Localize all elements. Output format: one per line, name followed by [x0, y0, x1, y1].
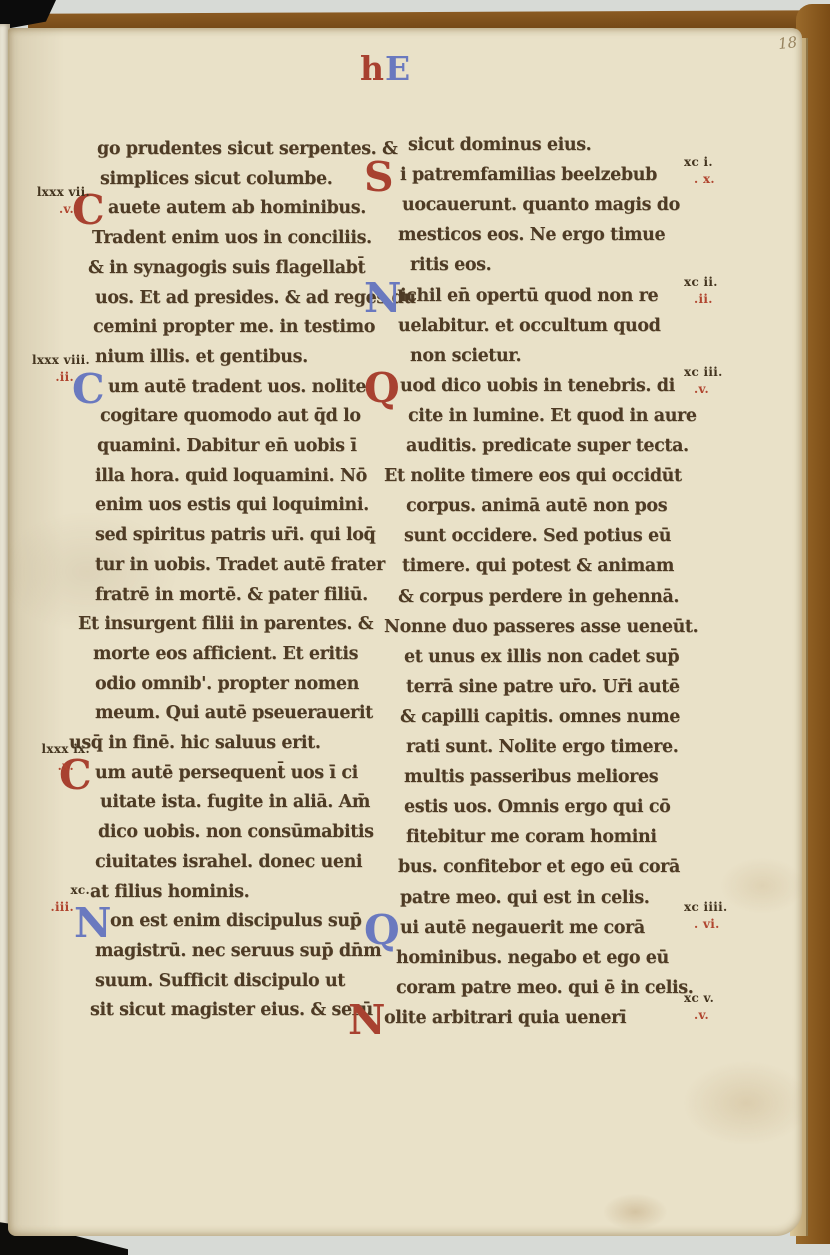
section-number: lxxx viii.: [32, 354, 90, 366]
manuscript-text-line: timere. qui potest & animam: [402, 556, 674, 576]
illuminated-initial: N: [364, 278, 401, 319]
manuscript-text-line: rati sunt. Nolite ergo timere.: [406, 737, 678, 757]
line-text: ciuitates israhel. donec ueni: [95, 852, 362, 872]
line-text: uelabitur. et occultum quod: [398, 316, 660, 336]
section-number: xc i.: [684, 156, 713, 168]
line-text: corpus. animā autē non pos: [406, 496, 667, 516]
line-text: uod dico uobis in tenebris. di: [400, 376, 675, 396]
line-text: fratrē in mortē. & pater filiū.: [95, 585, 368, 605]
section-number: xc iii.: [684, 366, 723, 378]
illuminated-initial: S: [364, 157, 393, 198]
manuscript-text-line: & in synagogis suis flagellabt̄: [88, 258, 365, 278]
line-text: odio omnib'. propter nomen: [95, 674, 359, 694]
manuscript-text-line: uelabitur. et occultum quod: [398, 316, 660, 336]
line-text: sicut dominus eius.: [408, 135, 591, 155]
line-text: Et insurgent filii in parentes. &: [78, 614, 373, 634]
manuscript-text-line: ritis eos.: [410, 255, 491, 275]
manuscript-text-line: Qui autē negauerit me corā: [400, 918, 645, 938]
manuscript-text-line: corpus. animā autē non pos: [406, 496, 667, 516]
manuscript-text-line: Tradent enim uos in conciliis.: [92, 228, 372, 248]
running-title-letter-h: h: [360, 49, 385, 88]
manuscript-text-line: multis passeribus meliores: [404, 767, 658, 787]
section-number: lxxx ix.: [42, 743, 91, 755]
manuscript-text-line: Cum autē tradent uos. nolite: [108, 377, 366, 397]
manuscript-text-line: fratrē in mortē. & pater filiū.: [95, 585, 368, 605]
section-number: xc iiii.: [684, 901, 727, 913]
line-text: patre meo. qui est in celis.: [400, 888, 649, 908]
manuscript-text-line: uitate ista. fugite in aliā. Am̄: [100, 792, 370, 812]
running-title: hE: [360, 52, 411, 85]
line-text: usq̄ in finē. hic saluus erit.: [69, 733, 321, 753]
manuscript-photo: 18 hE go prudentes sicut serpentes. &sim…: [0, 0, 830, 1255]
line-text: nium illis. et gentibus.: [95, 347, 308, 367]
manuscript-text-line: cite in lumine. Et quod in aure: [408, 406, 697, 426]
line-text: go prudentes sicut serpentes. &: [97, 139, 397, 159]
manuscript-text-line: quamini. Dabitur en̄ uobis ī: [97, 436, 357, 456]
line-text: tur in uobis. Tradet autē frater: [95, 555, 385, 575]
margin-note: xc v..v.: [684, 992, 762, 1021]
line-text: non scietur.: [410, 346, 521, 366]
manuscript-text-line: non scietur.: [410, 346, 521, 366]
line-text: meum. Qui autē pseuerauerit: [95, 703, 373, 723]
margin-note: xc..iii.: [16, 884, 90, 913]
line-text: timere. qui potest & animam: [402, 556, 674, 576]
line-text: auete autem ab hominibus.: [108, 198, 366, 218]
line-text: terrā sine patre ur̄o. Ur̄i autē: [406, 677, 680, 697]
line-text: suum. Sufficit discipulo ut: [95, 971, 345, 991]
line-text: quamini. Dabitur en̄ uobis ī: [97, 436, 357, 456]
folio-number: 18: [777, 33, 798, 53]
line-text: mesticos eos. Ne ergo timue: [398, 225, 665, 245]
manuscript-text-line: patre meo. qui est in celis.: [400, 888, 649, 908]
canon-number: . x.: [684, 173, 715, 185]
manuscript-text-line: Nolite arbitrari quia uenerī: [384, 1008, 626, 1028]
line-text: cogitare quomodo aut q̄d lo: [100, 406, 361, 426]
manuscript-text-line: Non est enim discipulus sup̄: [110, 911, 362, 931]
line-text: morte eos afficient. Et eritis: [93, 644, 358, 664]
manuscript-text-line: enim uos estis qui loquimini.: [95, 495, 369, 515]
manuscript-text-line: suum. Sufficit discipulo ut: [95, 971, 345, 991]
illuminated-initial: Q: [364, 368, 399, 409]
line-text: coram patre meo. qui ē in celis.: [396, 978, 693, 998]
canon-number: . vi.: [684, 918, 720, 930]
manuscript-text-line: cogitare quomodo aut q̄d lo: [100, 406, 361, 426]
manuscript-text-line: mesticos eos. Ne ergo timue: [398, 225, 665, 245]
margin-note: lxxx viii..ii.: [16, 354, 90, 383]
line-text: cite in lumine. Et quod in aure: [408, 406, 697, 426]
manuscript-text-line: cemini propter me. in testimo: [93, 317, 375, 337]
manuscript-text-line: bus. confitebor et ego eū corā: [398, 857, 680, 877]
illuminated-initial: N: [348, 1000, 385, 1041]
margin-note: xc i.. x.: [684, 156, 762, 185]
canon-number: .v.: [684, 383, 709, 395]
margin-note: xc ii..ii.: [684, 276, 762, 305]
manuscript-text-line: Et insurgent filii in parentes. &: [78, 614, 373, 634]
manuscript-text-line: Cauete autem ab hominibus.: [108, 198, 366, 218]
line-text: et unus ex illis non cadet sup̄: [404, 647, 679, 667]
canon-number: .ii.: [55, 371, 90, 383]
manuscript-text-line: Quod dico uobis in tenebris. di: [400, 376, 675, 396]
manuscript-text-line: estis uos. Omnis ergo qui cō: [404, 797, 670, 817]
margin-note: lxxx ix..x.: [16, 743, 90, 772]
section-number: xc v.: [684, 992, 714, 1004]
margin-note: lxxx vii..v.: [16, 186, 90, 215]
canon-number: .x.: [58, 760, 90, 772]
line-text: simplices sicut columbe.: [100, 169, 332, 189]
text-layer: 18 hE go prudentes sicut serpentes. &sim…: [0, 0, 830, 1255]
line-text: enim uos estis qui loquimini.: [95, 495, 369, 515]
manuscript-text-line: coram patre meo. qui ē in celis.: [396, 978, 693, 998]
line-text: um autē tradent uos. nolite: [108, 377, 366, 397]
manuscript-text-line: morte eos afficient. Et eritis: [93, 644, 358, 664]
manuscript-text-line: simplices sicut columbe.: [100, 169, 332, 189]
line-text: ritis eos.: [410, 255, 491, 275]
canon-number: .ii.: [684, 293, 713, 305]
line-text: bus. confitebor et ego eū corā: [398, 857, 680, 877]
line-text: cemini propter me. in testimo: [93, 317, 375, 337]
line-text: magistrū. nec seruus sup̄ dn̄m: [95, 941, 381, 961]
line-text: & corpus perdere in gehennā.: [398, 587, 679, 607]
manuscript-text-line: Et nolite timere eos qui occidūt: [384, 466, 682, 486]
margin-note: xc iiii.. vi.: [684, 901, 762, 930]
manuscript-text-line: & corpus perdere in gehennā.: [398, 587, 679, 607]
line-text: at filius hominis.: [90, 882, 249, 902]
manuscript-text-line: go prudentes sicut serpentes. &: [97, 139, 397, 159]
manuscript-text-line: auditis. predicate super tecta.: [406, 436, 689, 456]
manuscript-text-line: illa hora. quid loquamini. Nō: [95, 466, 367, 486]
running-title-letter-e: E: [385, 49, 411, 88]
line-text: & in synagogis suis flagellabt̄: [88, 258, 365, 278]
line-text: illa hora. quid loquamini. Nō: [95, 466, 367, 486]
section-number: lxxx vii.: [37, 186, 90, 198]
line-text: um autē persequent̄ uos ī ci: [95, 763, 358, 783]
line-text: auditis. predicate super tecta.: [406, 436, 689, 456]
canon-number: .v.: [59, 203, 90, 215]
line-text: hominibus. negabo et ego eū: [396, 948, 669, 968]
line-text: sit sicut magister eius. & serū: [90, 1000, 373, 1020]
line-text: & capilli capitis. omnes nume: [400, 707, 680, 727]
manuscript-text-line: sed spiritus patris ur̄i. qui loq̄: [95, 525, 375, 545]
line-text: estis uos. Omnis ergo qui cō: [404, 797, 670, 817]
line-text: Tradent enim uos in conciliis.: [92, 228, 372, 248]
manuscript-text-line: Nichil en̄ opertū quod non re: [400, 286, 658, 306]
line-text: uocauerunt. quanto magis do: [402, 195, 680, 215]
line-text: on est enim discipulus sup̄: [110, 911, 362, 931]
manuscript-text-line: uocauerunt. quanto magis do: [402, 195, 680, 215]
line-text: sunt occidere. Sed potius eū: [404, 526, 671, 546]
line-text: fitebitur me coram homini: [406, 827, 657, 847]
canon-number: .v.: [684, 1009, 709, 1021]
manuscript-text-line: tur in uobis. Tradet autē frater: [95, 555, 385, 575]
manuscript-text-line: sicut dominus eius.: [408, 135, 591, 155]
manuscript-text-line: Cum autē persequent̄ uos ī ci: [95, 763, 358, 783]
manuscript-text-line: magistrū. nec seruus sup̄ dn̄m: [95, 941, 381, 961]
illuminated-initial: Q: [364, 910, 399, 951]
line-text: Et nolite timere eos qui occidūt: [384, 466, 682, 486]
manuscript-text-line: sit sicut magister eius. & serū: [90, 1000, 373, 1020]
section-number: xc ii.: [684, 276, 718, 288]
manuscript-text-line: ciuitates israhel. donec ueni: [95, 852, 362, 872]
manuscript-text-line: terrā sine patre ur̄o. Ur̄i autē: [406, 677, 680, 697]
manuscript-text-line: & capilli capitis. omnes nume: [400, 707, 680, 727]
manuscript-text-line: et unus ex illis non cadet sup̄: [404, 647, 679, 667]
line-text: Nonne duo passeres asse ueneūt.: [384, 617, 698, 637]
canon-number: .iii.: [50, 901, 90, 913]
line-text: ui autē negauerit me corā: [400, 918, 645, 938]
line-text: i patremfamilias beelzebub: [400, 165, 657, 185]
manuscript-text-line: odio omnib'. propter nomen: [95, 674, 359, 694]
manuscript-text-line: at filius hominis.: [90, 882, 249, 902]
line-text: dico uobis. non consūmabitis: [98, 822, 374, 842]
manuscript-text-line: usq̄ in finē. hic saluus erit.: [69, 733, 321, 753]
section-number: xc.: [70, 884, 90, 896]
line-text: uitate ista. fugite in aliā. Am̄: [100, 792, 370, 812]
manuscript-text-line: hominibus. negabo et ego eū: [396, 948, 669, 968]
manuscript-text-line: nium illis. et gentibus.: [95, 347, 308, 367]
line-text: ichil en̄ opertū quod non re: [400, 286, 658, 306]
margin-note: xc iii..v.: [684, 366, 762, 395]
line-text: rati sunt. Nolite ergo timere.: [406, 737, 678, 757]
manuscript-text-line: sunt occidere. Sed potius eū: [404, 526, 671, 546]
manuscript-text-line: fitebitur me coram homini: [406, 827, 657, 847]
manuscript-text-line: Nonne duo passeres asse ueneūt.: [384, 617, 698, 637]
line-text: olite arbitrari quia uenerī: [384, 1008, 626, 1028]
manuscript-text-line: dico uobis. non consūmabitis: [98, 822, 374, 842]
manuscript-text-line: meum. Qui autē pseuerauerit: [95, 703, 373, 723]
manuscript-text-line: Si patremfamilias beelzebub: [400, 165, 657, 185]
line-text: sed spiritus patris ur̄i. qui loq̄: [95, 525, 375, 545]
line-text: multis passeribus meliores: [404, 767, 658, 787]
